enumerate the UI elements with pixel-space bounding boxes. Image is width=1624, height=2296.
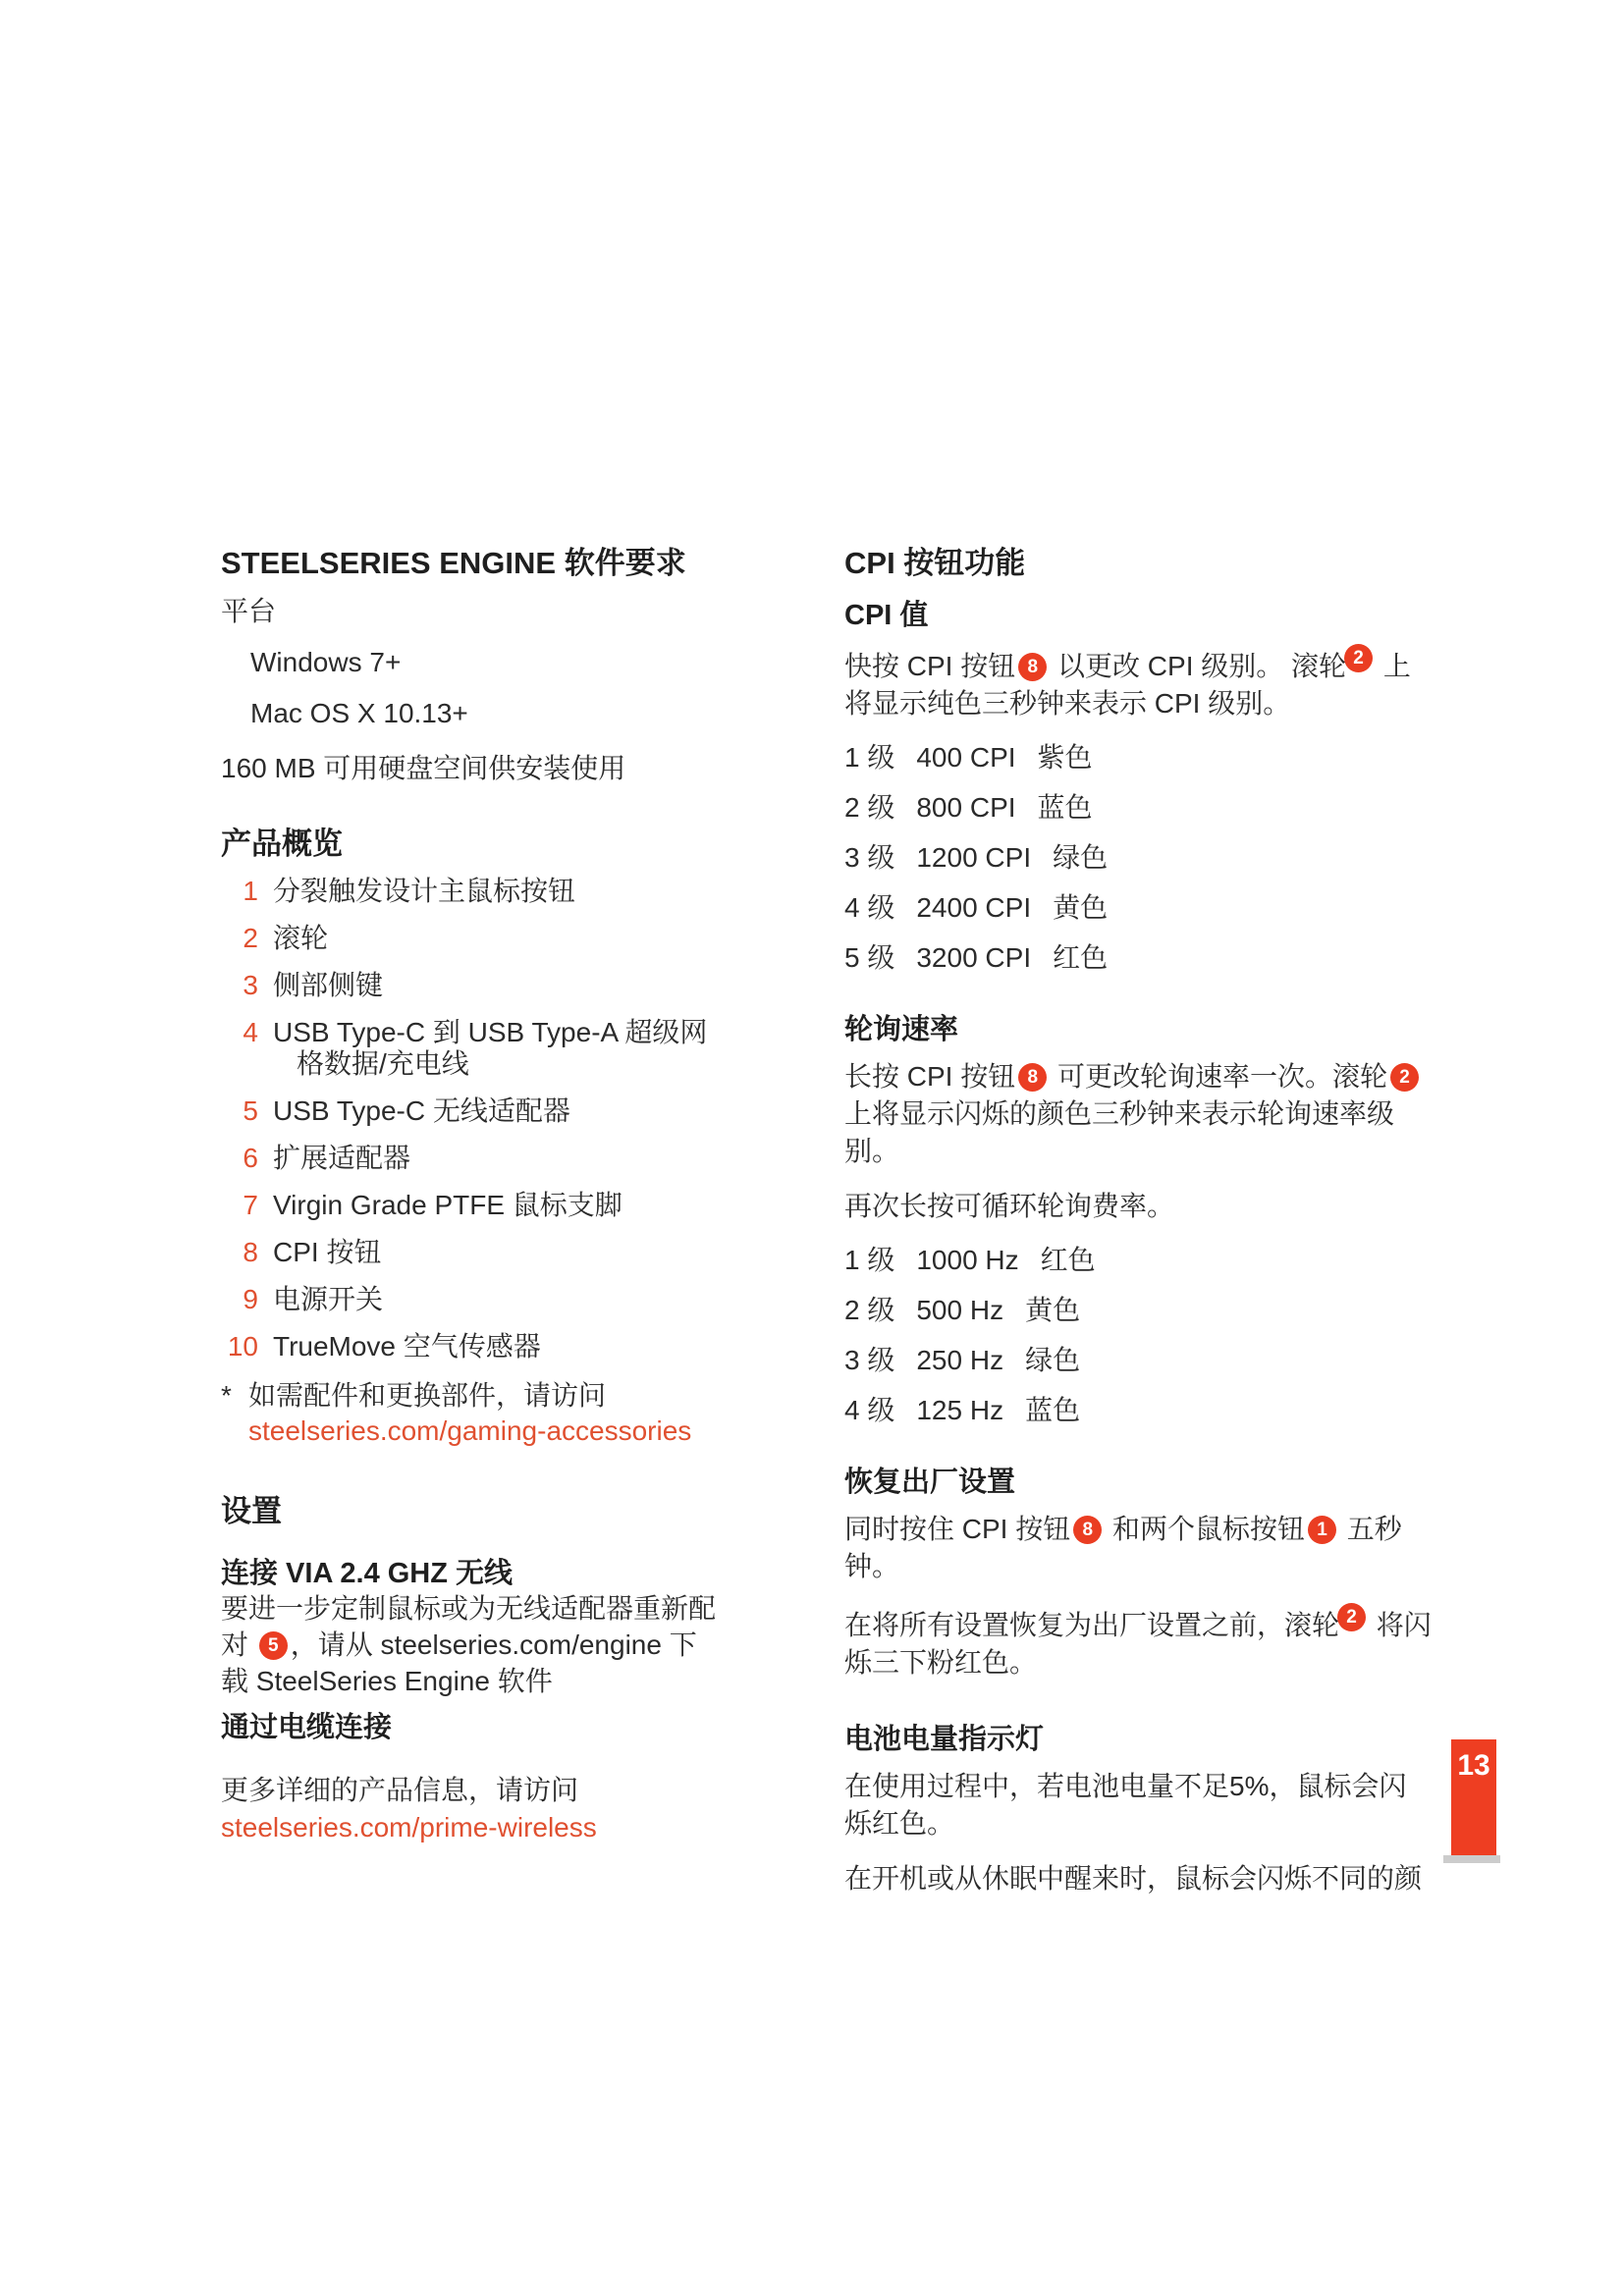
item-label: 扩展适配器 [273,1143,410,1174]
level: 4 级 [844,1395,894,1425]
item-number: 7 [221,1190,258,1221]
item-label: 电源开关 [273,1284,383,1315]
polling-level-row: 4 级125 Hz蓝色 [844,1395,1432,1426]
hz-value: 250 Hz [916,1345,1003,1375]
item-label: 侧部侧键 [273,970,383,1001]
setup-title: 设置 [221,1494,720,1529]
list-item: 9 电源开关 [221,1284,720,1315]
product-overview-list: 1 分裂触发设计主鼠标按钮 2 滚轮 3 侧部侧键 4 USB Type-C 到… [221,876,720,1362]
item-label: USB Type-C 无线适配器 [273,1095,570,1127]
level-color: 蓝色 [1038,792,1093,823]
cpi-levels-list: 1 级400 CPI紫色 2 级800 CPI蓝色 3 级1200 CPI绿色 … [844,742,1432,974]
polling-rate-paragraph-1: 长按 CPI 按钮8 可更改轮询速率一次。滚轮2 上将显示闪烁的颜色三秒钟来表示… [844,1058,1432,1170]
paragraph-text: 在将所有设置恢复为出厂设置之前，滚轮 [844,1610,1339,1640]
prime-wireless-link[interactable]: steelseries.com/prime-wireless [221,1812,597,1842]
paragraph-text: 快按 CPI 按钮 [844,651,1015,681]
item-label: CPI 按钮 [273,1237,381,1268]
item-label: USB Type-C 到 USB Type-A 超级网格数据/充电线 [273,1017,720,1080]
disk-space-requirement: 160 MB 可用硬盘空间供安装使用 [221,750,720,787]
item-label: TrueMove 空气传感器 [273,1331,541,1362]
level: 3 级 [844,842,894,873]
list-item: 10 TrueMove 空气传感器 [221,1331,720,1362]
callout-badge-1: 1 [1308,1516,1336,1544]
hz-value: 125 Hz [916,1395,1003,1425]
level: 2 级 [844,1295,894,1325]
level-color: 绿色 [1025,1345,1080,1375]
list-item: 3 侧部侧键 [221,970,720,1001]
item-number: 5 [221,1095,258,1127]
polling-level-row: 3 级250 Hz绿色 [844,1345,1432,1376]
list-item: 4 USB Type-C 到 USB Type-A 超级网格数据/充电线 [221,1017,720,1080]
left-column: STEELSERIES ENGINE 软件要求 平台 Windows 7+ Ma… [221,546,720,1846]
list-item: 7 Virgin Grade PTFE 鼠标支脚 [221,1190,720,1221]
accessories-footnote: * 如需配件和更换部件，请访问 steelseries.com/gaming-a… [221,1378,720,1449]
paragraph-text: 同时按住 CPI 按钮 [844,1514,1070,1544]
level: 3 级 [844,1345,894,1375]
list-item: 5 USB Type-C 无线适配器 [221,1095,720,1127]
paragraph-text: ，请从 steelseries.com/engine 下载 SteelSerie… [221,1629,697,1696]
battery-paragraph-2: 在开机或从休眠中醒来时，鼠标会闪烁不同的颜 [844,1860,1432,1897]
product-overview-title: 产品概览 [221,827,720,862]
platform-mac: Mac OS X 10.13+ [221,695,720,732]
item-number: 9 [221,1284,258,1315]
level-color: 黄色 [1053,892,1108,923]
item-label: 分裂触发设计主鼠标按钮 [273,876,575,907]
factory-reset-title: 恢复出厂设置 [844,1466,1432,1499]
level: 1 级 [844,1245,894,1275]
list-item: 2 滚轮 [221,923,720,954]
factory-reset-paragraph-1: 同时按住 CPI 按钮8 和两个鼠标按钮1 五秒钟。 [844,1511,1432,1585]
polling-level-row: 1 级1000 Hz红色 [844,1245,1432,1276]
polling-rate-paragraph-2: 再次长按可循环轮询费率。 [844,1188,1432,1225]
item-number: 6 [221,1143,258,1174]
hz-value: 500 Hz [916,1295,1003,1325]
cable-connect-title: 通过电缆连接 [221,1711,720,1744]
level: 5 级 [844,942,894,973]
footnote-text: 如需配件和更换部件，请访问 [248,1380,606,1411]
cpi-value-paragraph: 快按 CPI 按钮8 以更改 CPI 级别。 滚轮2 上将显示纯色三秒钟来表示 … [844,644,1432,722]
list-item: 8 CPI 按钮 [221,1237,720,1268]
list-item: 6 扩展适配器 [221,1143,720,1174]
level: 1 级 [844,742,894,773]
cpi-value: 800 CPI [916,792,1015,823]
level-color: 红色 [1041,1245,1096,1275]
item-label: 滚轮 [273,923,328,954]
page-number-tab: 13 [1451,1739,1496,1855]
battery-indicator-title: 电池电量指示灯 [844,1723,1432,1756]
cpi-button-functions-title: CPI 按钮功能 [844,546,1432,581]
callout-badge-2: 2 [1344,644,1373,672]
cpi-value: 2400 CPI [916,892,1031,923]
manual-page: STEELSERIES ENGINE 软件要求 平台 Windows 7+ Ma… [0,0,1624,2296]
wireless-connect-title: 连接 VIA 2.4 GHZ 无线 [221,1557,720,1590]
level-color: 红色 [1053,942,1108,973]
cpi-value: 3200 CPI [916,942,1031,973]
level: 2 级 [844,792,894,823]
callout-badge-8: 8 [1018,1063,1047,1092]
level-color: 蓝色 [1025,1395,1080,1425]
footnote-body: 如需配件和更换部件，请访问 steelseries.com/gaming-acc… [248,1378,691,1449]
level: 4 级 [844,892,894,923]
cpi-level-row: 3 级1200 CPI绿色 [844,842,1432,874]
item-number: 2 [221,923,258,954]
page-tab-shadow [1443,1855,1500,1863]
paragraph-text: 上将显示闪烁的颜色三秒钟来表示轮询速率级别。 [844,1098,1394,1166]
footnote-asterisk: * [221,1378,248,1449]
more-info-text: 更多详细的产品信息，请访问 [221,1772,720,1809]
list-item: 1 分裂触发设计主鼠标按钮 [221,876,720,907]
level-color: 黄色 [1025,1295,1080,1325]
callout-badge-8: 8 [1018,653,1047,681]
callout-badge-5: 5 [259,1631,288,1660]
polling-levels-list: 1 级1000 Hz红色 2 级500 Hz黄色 3 级250 Hz绿色 4 级… [844,1245,1432,1426]
polling-rate-title: 轮询速率 [844,1013,1432,1046]
item-number: 10 [221,1331,258,1362]
factory-reset-paragraph-2: 在将所有设置恢复为出厂设置之前，滚轮2 将闪烁三下粉红色。 [844,1603,1432,1682]
item-number: 8 [221,1237,258,1268]
callout-badge-2: 2 [1390,1063,1419,1092]
item-label: Virgin Grade PTFE 鼠标支脚 [273,1190,623,1221]
cpi-value: 1200 CPI [916,842,1031,873]
paragraph-text: 和两个鼠标按钮 [1105,1514,1305,1544]
cpi-value: 400 CPI [916,742,1015,773]
item-number: 4 [221,1017,258,1080]
callout-badge-2: 2 [1337,1603,1366,1631]
gaming-accessories-link[interactable]: steelseries.com/gaming-accessories [248,1415,691,1446]
platform-windows: Windows 7+ [221,644,720,681]
level-color: 绿色 [1053,842,1108,873]
battery-paragraph-1: 在使用过程中，若电池电量不足5%，鼠标会闪烁红色。 [844,1768,1432,1842]
callout-badge-8: 8 [1073,1516,1102,1544]
cpi-value-title: CPI 值 [844,599,1432,632]
item-number: 3 [221,970,258,1001]
item-number: 1 [221,876,258,907]
cpi-level-row: 1 级400 CPI紫色 [844,742,1432,774]
cpi-level-row: 2 级800 CPI蓝色 [844,792,1432,824]
right-column: CPI 按钮功能 CPI 值 快按 CPI 按钮8 以更改 CPI 级别。 滚轮… [844,546,1432,1897]
wireless-connect-paragraph: 要进一步定制鼠标或为无线适配器重新配对 5，请从 steelseries.com… [221,1590,720,1699]
paragraph-text: 长按 CPI 按钮 [844,1061,1015,1092]
software-requirements-title: STEELSERIES ENGINE 软件要求 [221,546,720,581]
platform-label: 平台 [221,593,720,630]
paragraph-text: 可更改轮询速率一次。滚轮 [1050,1061,1387,1092]
cpi-level-row: 4 级2400 CPI黄色 [844,892,1432,924]
paragraph-text: 以更改 CPI 级别。 滚轮 [1050,651,1346,681]
hz-value: 1000 Hz [916,1245,1018,1275]
polling-level-row: 2 级500 Hz黄色 [844,1295,1432,1326]
cpi-level-row: 5 级3200 CPI红色 [844,942,1432,974]
level-color: 紫色 [1038,742,1093,773]
